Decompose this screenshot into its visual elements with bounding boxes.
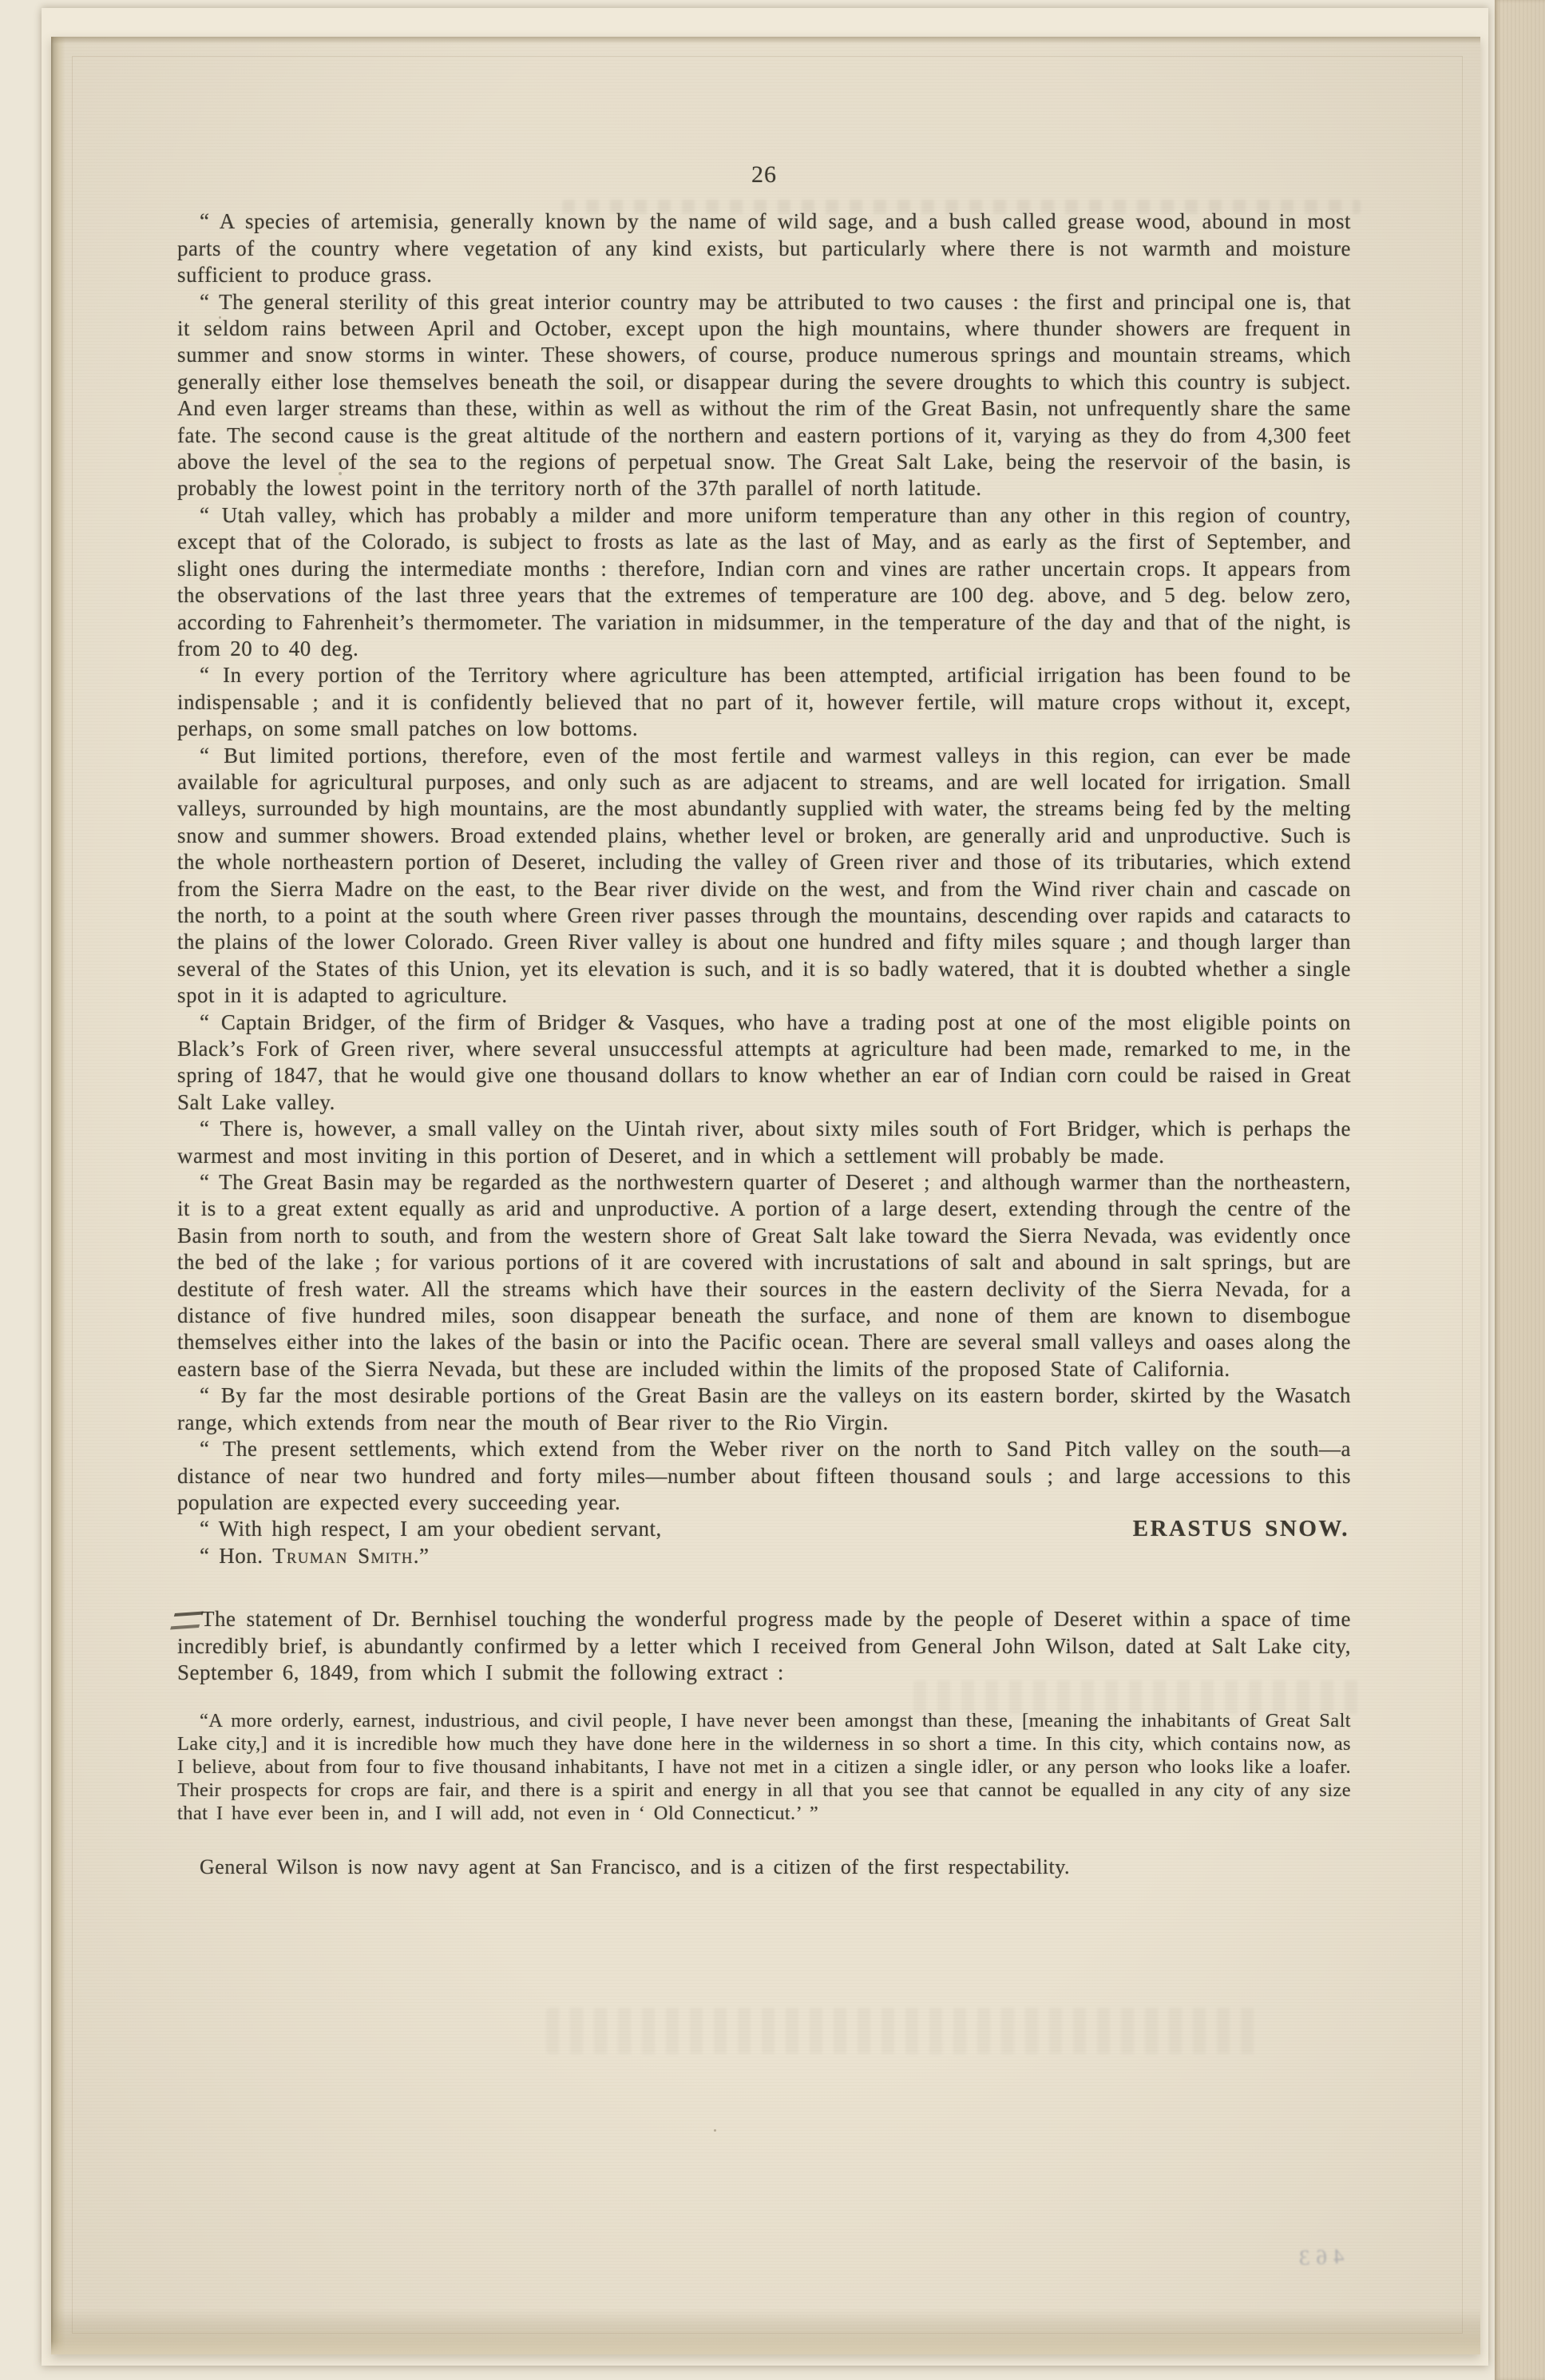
- page-left-edge: [51, 37, 65, 2354]
- bleedthrough-line: [546, 2008, 1265, 2054]
- letter-paragraph: “ A species of artemisia, generally know…: [177, 208, 1351, 288]
- letter-paragraph: “ Captain Bridger, of the firm of Bridge…: [177, 1010, 1351, 1117]
- addressee-name: Truman Smith: [272, 1544, 413, 1568]
- closing-note: General Wilson is now navy agent at San …: [177, 1854, 1351, 1880]
- letter-paragraph: “ In every portion of the Territory wher…: [177, 662, 1351, 742]
- addressee-suffix: .”: [414, 1544, 430, 1568]
- adjacent-page-edge: [1495, 0, 1545, 2380]
- bleedthrough-folio-number: 463: [1292, 2244, 1345, 2271]
- commentary-intro: The statement of Dr. Bernhisel touching …: [177, 1606, 1351, 1686]
- addressee-line: “ Hon. Truman Smith.”: [177, 1543, 1351, 1569]
- printer-mark-icon: [170, 1612, 204, 1630]
- letter-paragraph: “ The general sterility of this great in…: [177, 289, 1351, 502]
- letter-paragraph: “ The present settlements, which extend …: [177, 1436, 1351, 1516]
- commentary-intro-text: The statement of Dr. Bernhisel touching …: [177, 1607, 1351, 1684]
- text-column: 26 “ A species of artemisia, generally k…: [177, 161, 1351, 1881]
- page-bottom-crease: [51, 2308, 1480, 2354]
- letter-paragraph: “ But limited portions, therefore, even …: [177, 743, 1351, 1010]
- scanned-page: 26 “ A species of artemisia, generally k…: [51, 37, 1480, 2354]
- page-number: 26: [177, 161, 1351, 188]
- letter-paragraph: “ By far the most desirable portions of …: [177, 1382, 1351, 1436]
- letter-paragraph: “ The Great Basin may be regarded as the…: [177, 1169, 1351, 1382]
- letter-paragraph: “ There is, however, a small valley on t…: [177, 1116, 1351, 1169]
- wilson-extract: “A more orderly, earnest, industrious, a…: [177, 1710, 1351, 1825]
- addressee-prefix: “ Hon.: [200, 1544, 272, 1568]
- scan-canvas: 26 “ A species of artemisia, generally k…: [0, 0, 1545, 2380]
- signature-name: ERASTUS SNOW.: [1133, 1516, 1351, 1542]
- paper-speck: [714, 2129, 716, 2132]
- page-top-edge: [51, 37, 1480, 44]
- letter-paragraph: “ Utah valley, which has probably a mild…: [177, 502, 1351, 662]
- signature-row: “ With high respect, I am your obedient …: [177, 1516, 1351, 1542]
- letter-closing: “ With high respect, I am your obedient …: [177, 1516, 662, 1542]
